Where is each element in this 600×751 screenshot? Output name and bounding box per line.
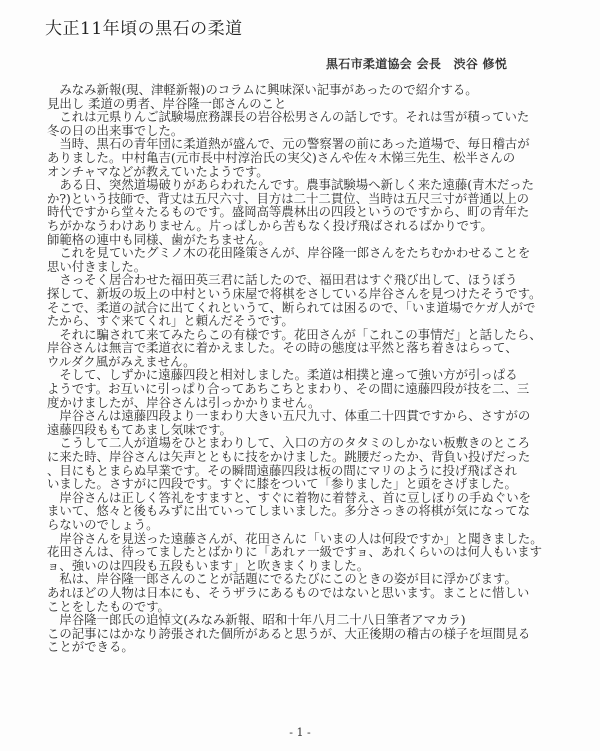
text-line: さっそく居合わせた福田英三君に話したので、福田君はすぐ飛び出して、ほうぼう: [47, 273, 547, 287]
text-line: らないのでしょう。: [47, 518, 547, 532]
text-line: ョ、強いのは四段も五段もいます」と吹きまくりました。: [47, 559, 547, 573]
text-line: これを見ていたグミノ木の花田隆策さんが、岸谷隆一郎さんをたちむかわせることを: [47, 246, 547, 260]
document-page: 大正11年頃の黒石の柔道 黒石市柔道協会 会長 渋谷 修悦 みなみ新報(現、津軽…: [0, 0, 600, 751]
text-line: ちがかなうわけありません。片っぱしから苦もなく投げ飛ばされるばかりです。: [47, 219, 547, 233]
text-line: 師範格の連中も同様、歯がたちません。: [47, 233, 547, 247]
text-line: 私は、岸谷隆一郎さんのことが話題にでるたびにこのときの姿が目に浮かびます。: [47, 572, 547, 586]
text-line: か?)という技師で、背丈は五尺六寸、目方は二十二貫位、当時は五尺三寸が普通以上の: [47, 192, 547, 206]
text-line: 遠藤四段ももてあまし気味です。: [47, 423, 547, 437]
page-number: - 1 -: [0, 726, 600, 739]
text-line: そして、しずかに遠藤四段と相対しました。柔道は相撲と違って強い方が引っぱる: [47, 368, 547, 382]
text-line: この記事にはかなり誇張された個所があると思うが、大正後期の稽古の様子を垣間見る: [47, 627, 547, 641]
text-line: ありました。中村亀吉(元市長中村淳治氏の実父)さんや佐々木悌三先生、松半さんの: [47, 151, 547, 165]
text-line: いました。さすがに四段です。すぐに膝をついて「参りました」と頭をさげました。: [47, 477, 547, 491]
text-line: みなみ新報(現、津軽新報)のコラムに興味深い記事があったので紹介する。: [47, 83, 547, 97]
article-author: 黒石市柔道協会 会長 渋谷 修悦: [326, 55, 507, 72]
text-line: まいて、悠々と後もみずに出ていってしまいました。多分さっきの将棋が気になってな: [47, 504, 547, 518]
text-line: 岸谷隆一郎氏の追悼文(みなみ新報、昭和十年八月二十八日筆者アマカラ): [47, 613, 547, 627]
article-title: 大正11年頃の黒石の柔道: [45, 14, 243, 39]
text-line: に来た時、岸谷さんは矢声とともに技をかけました。跳腰だったか、背負い投げだった: [47, 450, 547, 464]
text-line: 見出し 柔道の勇者、岸谷隆一郎さんのこと: [47, 97, 547, 111]
text-line: ようです。お互いに引っぱり合ってあちこちとまわり、その間に遠藤四段が技を二、三: [47, 382, 547, 396]
text-line: あれほどの人物は日本にも、そうザラにあるものではないと思います。まことに惜しい: [47, 586, 547, 600]
text-line: 岸谷さんは正しく答礼をすますと、すぐに着物に着替え、首に豆しぼりの手ぬぐいを: [47, 491, 547, 505]
text-line: たから、すぐ来てくれ」と頼んだそうです。: [47, 314, 547, 328]
text-line: 岸谷さんは無言で柔道衣に着かえました。その時の態度は平然と落ち着きはらって、: [47, 341, 547, 355]
text-line: 岸谷さんを見送った遠藤さんが、花田さんに「いまの人は何段ですか」と聞きました。: [47, 532, 547, 546]
article-body: みなみ新報(現、津軽新報)のコラムに興味深い記事があったので紹介する。見出し 柔…: [47, 83, 547, 654]
text-line: 花田さんは、待ってましたとばかりに「あれァ一級ですョ、あれくらいのは何人もいます: [47, 545, 547, 559]
text-line: 冬の日の出来事でした。: [47, 124, 547, 138]
text-line: 当時、黒石の青年団に柔道熱が盛んで、元の警察署の前にあった道場で、毎日稽古が: [47, 137, 547, 151]
text-line: 、目にもとまらぬ早業です。その瞬間遠藤四段は板の間にマリのように投げ飛ばされ: [47, 464, 547, 478]
text-line: 時代ですから堂々たるものです。盛岡高等農林出の四段というのですから、町の青年た: [47, 205, 547, 219]
text-line: 探して、新坂の坂上の中村という床屋で将棋をさしている岸谷さんを見つけたそうです。: [47, 287, 547, 301]
text-line: それに騙されて来てみたらこの有様です。花田さんが「これこの事情だ」と話したら、: [47, 328, 547, 342]
text-line: 思い付きました。: [47, 260, 547, 274]
text-line: ことができる。: [47, 640, 547, 654]
text-line: こうして二人が道場をひとまわりして、入口の方のタタミのしかない板敷きのところ: [47, 436, 547, 450]
text-line: ある日、突然道場破りがあらわれたんです。農事試験場へ新しく来た遠藤(青木だった: [47, 178, 547, 192]
text-line: そこで、柔道の試合に出てくれというて、断られては困るので、「いま道場でケガ人がで: [47, 301, 547, 315]
text-line: ことをしたものです。: [47, 600, 547, 614]
text-line: オンチャマなどが教えていたようです。: [47, 165, 547, 179]
text-line: これは元県りんご試験場庶務課長の岩谷松男さんの話しです。それは雪が積っていた: [47, 110, 547, 124]
text-line: 度かけましたが、岸谷さんは引っかかりません。: [47, 396, 547, 410]
text-line: ウルダク風がみえません。: [47, 355, 547, 369]
text-line: 岸谷さんは遠藤四段より一まわり大きい五尺九寸、体重二十四貫ですから、さすがの: [47, 409, 547, 423]
